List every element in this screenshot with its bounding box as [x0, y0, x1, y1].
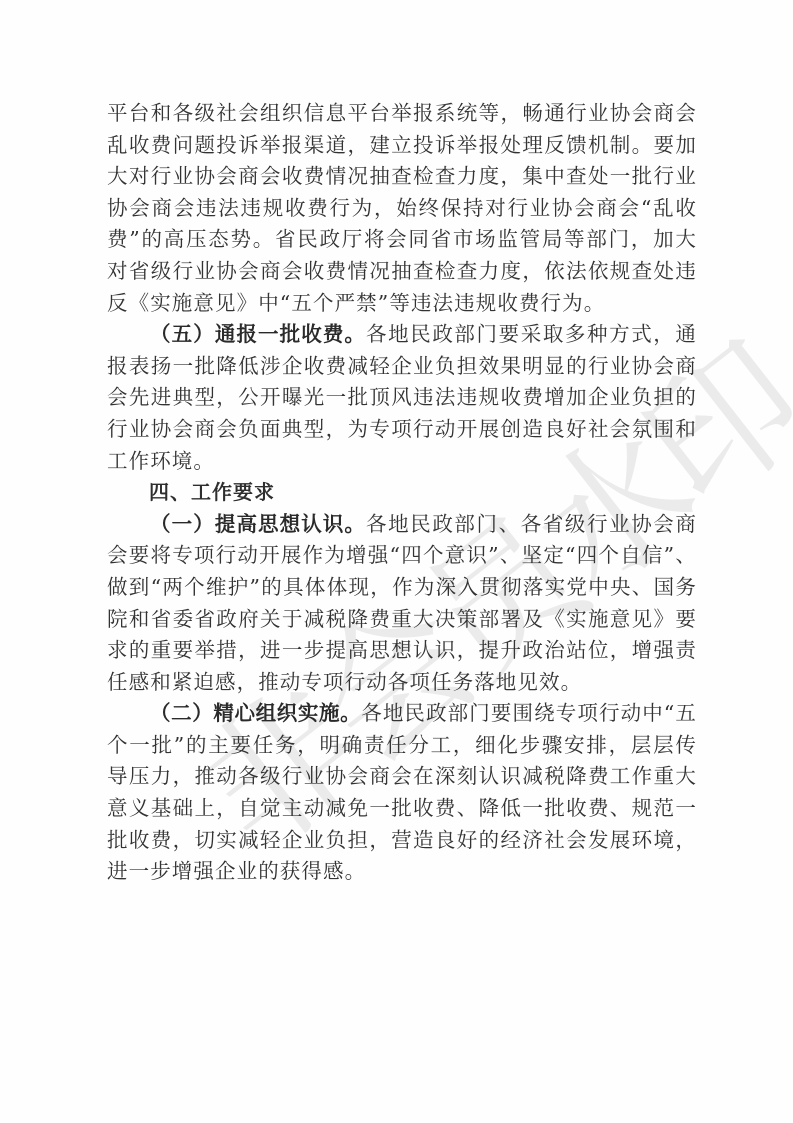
- paragraph-lead: （五）通报一批收费。: [150, 322, 366, 346]
- paragraph-continuation: 平台和各级社会组织信息平台举报系统等，畅通行业协会商会乱收费问题投诉举报渠道，建…: [107, 98, 697, 319]
- paragraph-body: 各地民政部门、各省级行业协会商会要将专项行动开展作为增强“四个意识”、坚定“四个…: [107, 512, 697, 694]
- section-heading: 四、工作要求: [107, 477, 697, 509]
- paragraph-raise-awareness: （一）提高思想认识。各地民政部门、各省级行业协会商会要将专项行动开展作为增强“四…: [107, 509, 697, 699]
- paragraph-lead: （二）精心组织实施。: [150, 701, 361, 725]
- paragraph-organize-implementation: （二）精心组织实施。各地民政部门要围绕专项行动中“五个一批”的主要任务，明确责任…: [107, 698, 697, 888]
- paragraph-lead: （一）提高思想认识。: [150, 512, 366, 536]
- paragraph-notify-fees: （五）通报一批收费。各地民政部门要采取多种方式，通报表扬一批降低涉企收费减轻企业…: [107, 319, 697, 477]
- paragraph-body: 各地民政部门要围绕专项行动中“五个一批”的主要任务，明确责任分工，细化步骤安排，…: [107, 701, 697, 883]
- document-page: 平台和各级社会组织信息平台举报系统等，畅通行业协会商会乱收费问题投诉举报渠道，建…: [107, 98, 697, 888]
